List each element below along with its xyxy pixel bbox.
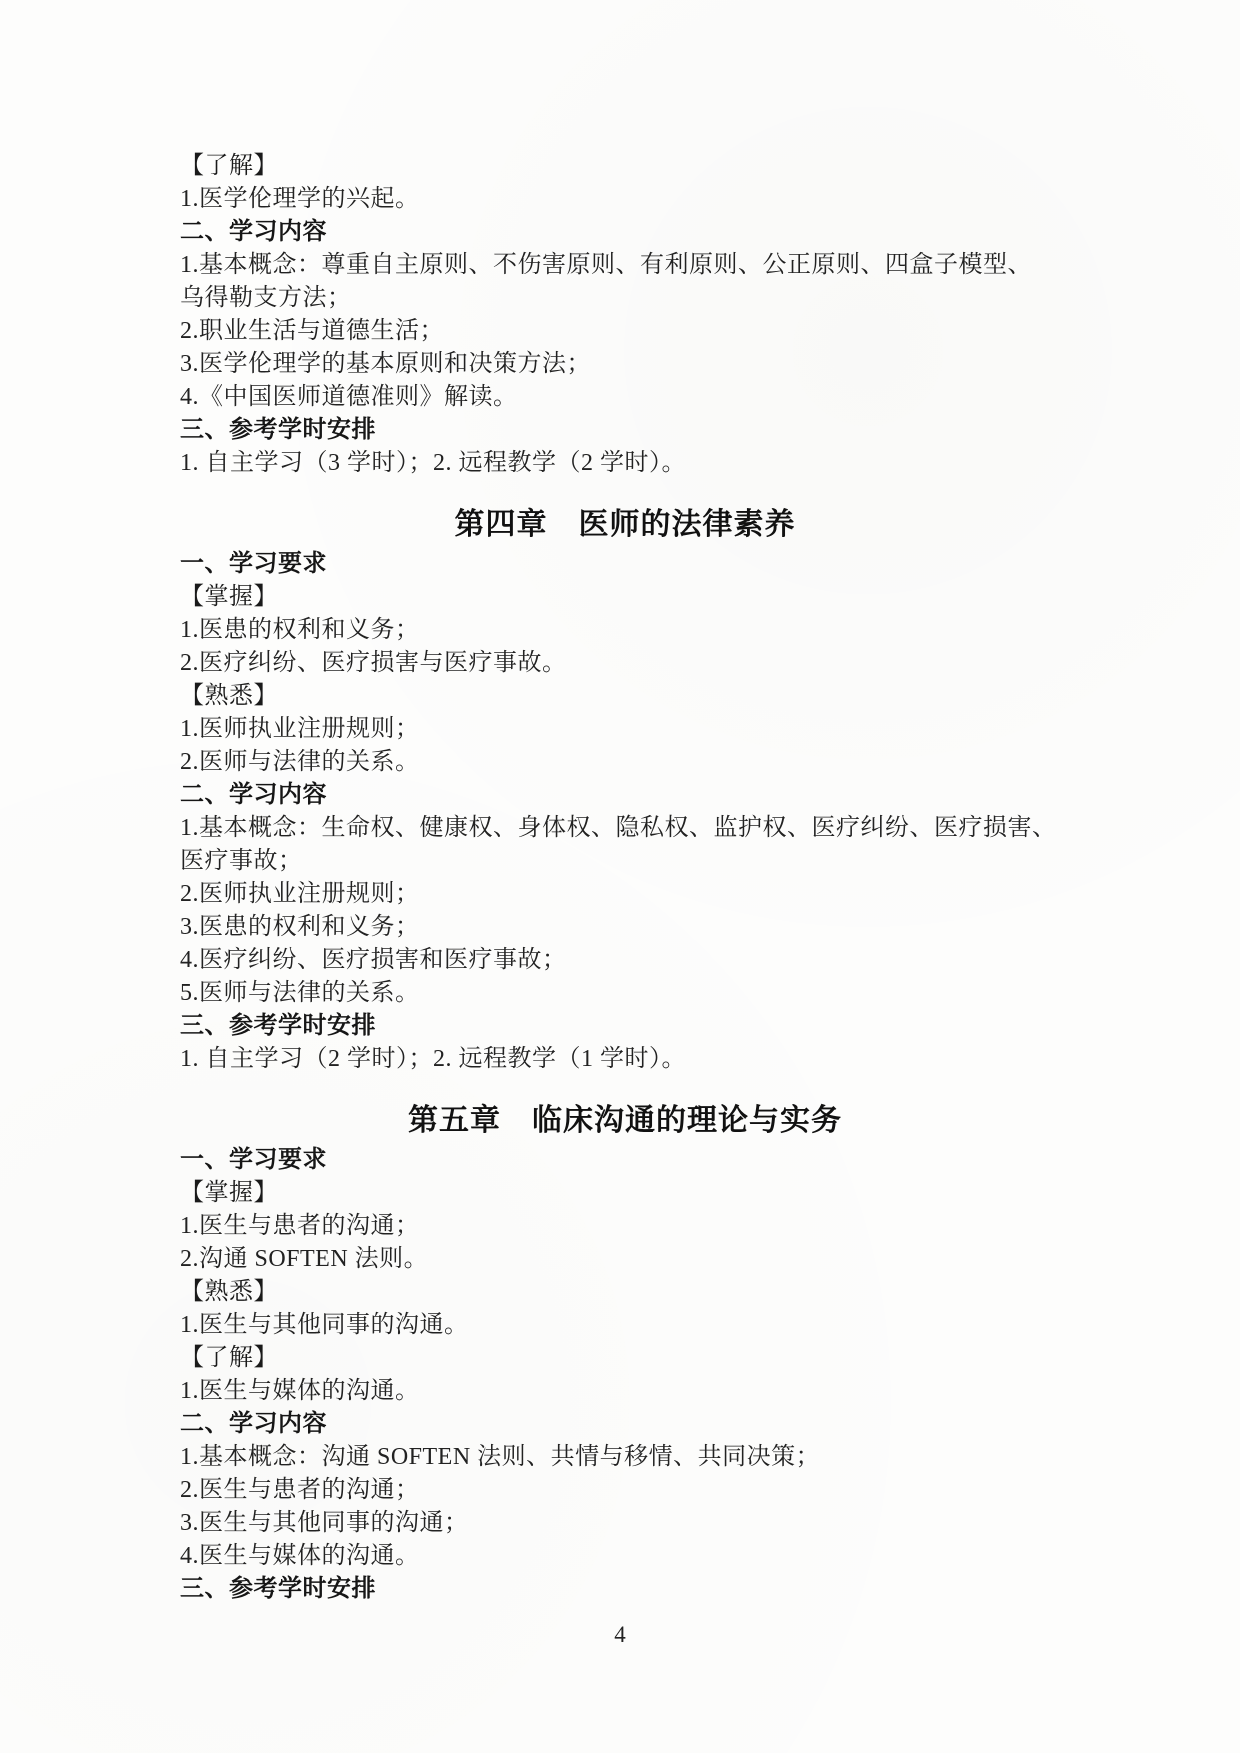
body-line: 2.医师执业注册规则； <box>180 878 1070 911</box>
section-heading: 三、参考学时安排 <box>180 1573 1070 1606</box>
page-number: 4 <box>0 1622 1240 1648</box>
section-heading: 一、学习要求 <box>180 1144 1070 1177</box>
chapter-heading: 第五章 临床沟通的理论与实务 <box>180 1100 1070 1142</box>
body-line: 1.医生与患者的沟通； <box>180 1210 1070 1243</box>
body-line: 1.医生与媒体的沟通。 <box>180 1375 1070 1408</box>
chapter-heading: 第四章 医师的法律素养 <box>180 504 1070 546</box>
body-line: 1.医学伦理学的兴起。 <box>180 183 1070 216</box>
body-line: 1.医师执业注册规则； <box>180 713 1070 746</box>
body-line: 5.医师与法律的关系。 <box>180 977 1070 1010</box>
document-page: 【了解】1.医学伦理学的兴起。二、学习内容1.基本概念：尊重自主原则、不伤害原则… <box>0 0 1240 1753</box>
bracket-label: 【了解】 <box>180 1342 1070 1375</box>
body-line: 1.基本概念：沟通 SOFTEN 法则、共情与移情、共同决策； <box>180 1441 1070 1474</box>
body-line: 2.沟通 SOFTEN 法则。 <box>180 1243 1070 1276</box>
body-line: 3.医学伦理学的基本原则和决策方法； <box>180 348 1070 381</box>
body-line: 2.医疗纠纷、医疗损害与医疗事故。 <box>180 647 1070 680</box>
body-line: 2.职业生活与道德生活； <box>180 315 1070 348</box>
section-heading: 二、学习内容 <box>180 779 1070 812</box>
body-line: 4.《中国医师道德准则》解读。 <box>180 381 1070 414</box>
body-line: 1. 自主学习（2 学时）；2. 远程教学（1 学时）。 <box>180 1043 1070 1076</box>
body-line: 医疗事故； <box>180 845 1070 878</box>
bracket-label: 【熟悉】 <box>180 1276 1070 1309</box>
body-line: 1.基本概念：尊重自主原则、不伤害原则、有利原则、公正原则、四盒子模型、 <box>180 249 1070 282</box>
body-line: 1.医患的权利和义务； <box>180 614 1070 647</box>
section-heading: 二、学习内容 <box>180 1408 1070 1441</box>
body-line: 2.医师与法律的关系。 <box>180 746 1070 779</box>
body-line: 1.基本概念：生命权、健康权、身体权、隐私权、监护权、医疗纠纷、医疗损害、 <box>180 812 1070 845</box>
bracket-label: 【了解】 <box>180 150 1070 183</box>
body-line: 1.医生与其他同事的沟通。 <box>180 1309 1070 1342</box>
body-line: 1. 自主学习（3 学时）；2. 远程教学（2 学时）。 <box>180 447 1070 480</box>
body-line: 2.医生与患者的沟通； <box>180 1474 1070 1507</box>
content-column: 【了解】1.医学伦理学的兴起。二、学习内容1.基本概念：尊重自主原则、不伤害原则… <box>180 150 1070 1606</box>
body-line: 3.医生与其他同事的沟通； <box>180 1507 1070 1540</box>
body-line: 3.医患的权利和义务； <box>180 911 1070 944</box>
section-heading: 三、参考学时安排 <box>180 1010 1070 1043</box>
section-heading: 一、学习要求 <box>180 548 1070 581</box>
bracket-label: 【掌握】 <box>180 581 1070 614</box>
bracket-label: 【掌握】 <box>180 1177 1070 1210</box>
body-line: 乌得勒支方法； <box>180 282 1070 315</box>
body-line: 4.医疗纠纷、医疗损害和医疗事故； <box>180 944 1070 977</box>
section-heading: 三、参考学时安排 <box>180 414 1070 447</box>
body-line: 4.医生与媒体的沟通。 <box>180 1540 1070 1573</box>
section-heading: 二、学习内容 <box>180 216 1070 249</box>
bracket-label: 【熟悉】 <box>180 680 1070 713</box>
